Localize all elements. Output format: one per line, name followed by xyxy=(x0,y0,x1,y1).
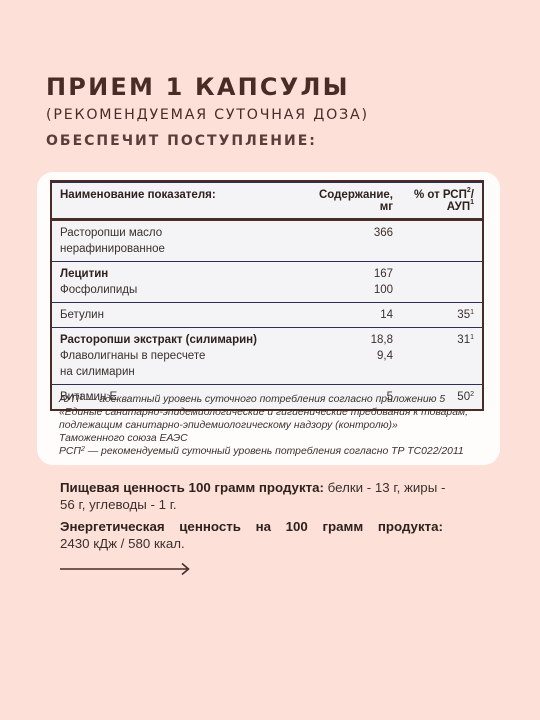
table-row: ЛецитинФосфолипиды167100 xyxy=(52,261,482,302)
table-row: Бетулин14351 xyxy=(52,302,482,327)
cell-percent xyxy=(393,225,474,257)
nutrition-info: Пищевая ценность 100 грамм продукта: бел… xyxy=(60,479,460,552)
cell-name: Расторопши маслонерафинированное xyxy=(60,225,310,257)
cell-content: 14 xyxy=(310,307,393,323)
page-title: ПРИЕМ 1 КАПСУЛЫ xyxy=(46,72,369,102)
energy-value: 2430 кДж / 580 ккал. xyxy=(60,535,460,552)
footnote-rsp: РСП2 — рекомендуемый суточный уровень по… xyxy=(59,445,489,458)
cell-name: ЛецитинФосфолипиды xyxy=(60,266,310,298)
table-row: Расторопши экстракт (силимарин)Флаволигн… xyxy=(52,327,482,384)
cell-percent: 351 xyxy=(393,307,474,323)
energy-title: Энергетическаяценностьна100граммпродукта… xyxy=(60,518,443,535)
page-subtitle-2: ОБЕСПЕЧИТ ПОСТУПЛЕНИЕ: xyxy=(46,128,369,154)
footnote-aup: АУП1 — адекватный уровень суточного потр… xyxy=(59,393,489,406)
table-row: Расторопши маслонерафинированное366 xyxy=(52,221,482,261)
footnote-line: «Единые санитарно-эпидемиологические и г… xyxy=(59,406,489,419)
cell-percent xyxy=(393,266,474,298)
nutrition-value: Пищевая ценность 100 грамм продукта: бел… xyxy=(60,479,460,513)
header-name: Наименование показателя: xyxy=(60,189,310,213)
cell-percent: 311 xyxy=(393,332,474,380)
header-percent: % от РСП2/АУП1 xyxy=(393,189,474,213)
page-subtitle: (РЕКОМЕНДУЕМАЯ СУТОЧНАЯ ДОЗА) xyxy=(46,102,369,128)
cell-content: 366 xyxy=(310,225,393,257)
cell-name: Расторопши экстракт (силимарин)Флаволигн… xyxy=(60,332,310,380)
header-content: Содержание, мг xyxy=(310,189,393,213)
cell-content: 18,89,4 xyxy=(310,332,393,380)
composition-table: Наименование показателя: Содержание, мг … xyxy=(50,180,484,411)
heading-block: ПРИЕМ 1 КАПСУЛЫ (РЕКОМЕНДУЕМАЯ СУТОЧНАЯ … xyxy=(46,72,369,154)
footnotes: АУП1 — адекватный уровень суточного потр… xyxy=(59,393,489,458)
cell-name: Бетулин xyxy=(60,307,310,323)
cell-content: 167100 xyxy=(310,266,393,298)
arrow-right-icon[interactable] xyxy=(60,562,192,576)
table-body: Расторопши маслонерафинированное366Лецит… xyxy=(52,221,482,409)
composition-card: Наименование показателя: Содержание, мг … xyxy=(37,172,500,465)
table-header: Наименование показателя: Содержание, мг … xyxy=(52,182,482,221)
footnote-line: Таможенного союза ЕАЭС xyxy=(59,432,489,445)
footnote-line: подлежащим санитарно-эпидемиологическому… xyxy=(59,419,489,432)
